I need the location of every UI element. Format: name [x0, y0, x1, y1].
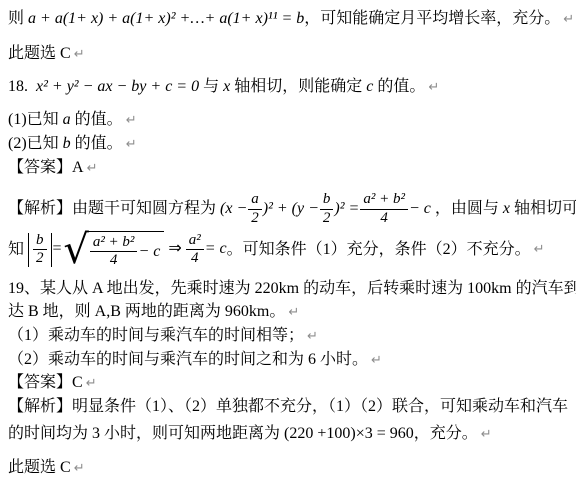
var-x: x	[223, 78, 230, 95]
var-a: a	[63, 111, 71, 128]
fraction-a2-plus-b2-over-4: a² + b²4	[360, 192, 408, 227]
analysis-text: ，由圆与	[435, 200, 499, 217]
var-c: c	[366, 78, 373, 95]
paragraph-mark-icon: ↵	[307, 329, 318, 344]
circle-standard-form: (x −a2)² + (y −b2)² =a² + b²4− c	[220, 200, 431, 217]
paragraph-mark-icon: ↵	[534, 242, 545, 257]
paragraph-mark-icon: ↵	[74, 47, 85, 62]
question-number: 18.	[8, 78, 28, 95]
analysis-text: 【解析】明显条件（1）、（2）单独都不充分，（1）（2）联合，可知乘动车和汽车	[8, 398, 568, 415]
fraction-a-over-2: a2	[248, 192, 262, 227]
condition-text: (1)已知	[8, 111, 59, 128]
line-q18-condition-2: (2)已知 b 的值。↵	[8, 133, 570, 156]
stem-text: 达 B 地，则 A,B 两地的距离为 960km。	[8, 303, 285, 320]
line-answer-c-q19: 此题选 C↵	[8, 457, 570, 477]
line-q18-condition-1: (1)已知 a 的值。↵	[8, 109, 570, 132]
line-q19-stem-1: 19、某人从 A 地出发，先乘时速为 220km 的动车，后转乘时速为 100k…	[8, 277, 570, 300]
analysis-text: 知	[8, 240, 24, 257]
line-answer-c-q17: 此题选 C↵	[8, 43, 570, 66]
line-q19-analysis-2: 的时间均为 3 小时，则可知两地距离为 (220 +100)×3 = 960，充…	[8, 420, 570, 448]
fraction-b-over-2: b2	[320, 192, 334, 227]
analysis-text: 轴相切可	[514, 200, 576, 217]
fraction-a2-over-4: a²4	[186, 233, 204, 268]
answer-text: 此题选 C	[8, 45, 71, 62]
condition-text: 的值。	[75, 135, 123, 152]
paragraph-mark-icon: ↵	[126, 137, 137, 152]
condition-text: （2）乘动车的时间与乘汽车的时间之和为 6 小时。	[8, 351, 368, 368]
condition-text: 的值。	[75, 111, 123, 128]
line-q18-stem: 18. x² + y² − ax − by + c = 0 与 x 轴相切，则能…	[8, 75, 570, 100]
fraction-a2-plus-b2-over-4: a² + b²4	[90, 235, 138, 270]
analysis-text: 。可知条件（1）充分，条件（2）不充分。	[227, 240, 531, 257]
square-root: √a² + b²4− c	[63, 231, 164, 270]
var-b: b	[63, 135, 71, 152]
line-q19-condition-1: （1）乘动车的时间与乘汽车的时间相等；↵	[8, 324, 570, 348]
paragraph-mark-icon: ↵	[86, 376, 97, 391]
answer-text: 此题选 C	[8, 459, 71, 476]
document-page: 则 a + a(1+ x) + a(1+ x)² +…+ a(1+ x)¹¹ =…	[0, 0, 576, 477]
analysis-text: 的时间均为 3 小时，则可知两地距离为	[8, 425, 280, 442]
line-q18-analysis-2: 知 b2=√a² + b²4− c⇒a²4= c。可知条件（1）充分，条件（2）…	[8, 231, 570, 270]
paragraph-mark-icon: ↵	[428, 80, 439, 95]
answer-text: 【答案】C	[8, 374, 83, 391]
paragraph-mark-icon: ↵	[74, 461, 85, 476]
condition-text: （1）乘动车的时间与乘汽车的时间相等；	[8, 327, 304, 344]
line-q19-answer: 【答案】C↵	[8, 372, 570, 395]
paragraph-mark-icon: ↵	[126, 113, 137, 128]
line-tail-text: ，可知能确定月平均增长率，充分。	[304, 10, 560, 27]
absolute-value-b-over-2: b2	[28, 233, 52, 268]
line-lead-text: 则	[8, 10, 24, 27]
distance-calculation: (220 +100)×3 = 960	[284, 425, 414, 442]
circle-equation: x² + y² − ax − by + c = 0	[36, 78, 199, 95]
line-q18-analysis-1: 【解析】由题干可知圆方程为 (x −a2)² + (y −b2)² =a² + …	[8, 192, 570, 227]
growth-series-formula: a + a(1+ x) + a(1+ x)² +…+ a(1+ x)¹¹ = b	[28, 10, 304, 27]
tangency-derivation: b2=√a² + b²4− c⇒a²4= c	[28, 240, 227, 257]
line-q19-stem-2: 达 B 地，则 A,B 两地的距离为 960km。↵	[8, 300, 570, 324]
line-growth-rate-formula: 则 a + a(1+ x) + a(1+ x)² +…+ a(1+ x)¹¹ =…	[8, 6, 570, 33]
stem-text: 轴相切，则能确定	[234, 78, 362, 95]
var-x: x	[503, 200, 510, 217]
line-q18-answer: 【答案】A↵	[8, 157, 570, 180]
analysis-text: ，充分。	[414, 425, 478, 442]
stem-text: 与	[203, 78, 219, 95]
condition-text: (2)已知	[8, 135, 59, 152]
line-q19-analysis-1: 【解析】明显条件（1）、（2）单独都不充分，（1）（2）联合，可知乘动车和汽车	[8, 395, 570, 418]
paragraph-mark-icon: ↵	[563, 12, 574, 27]
paragraph-mark-icon: ↵	[288, 305, 299, 320]
stem-text: 19、某人从 A 地出发，先乘时速为 220km 的动车，后转乘时速为 100k…	[8, 280, 576, 297]
line-q19-condition-2: （2）乘动车的时间与乘汽车的时间之和为 6 小时。↵	[8, 348, 570, 372]
paragraph-mark-icon: ↵	[371, 353, 382, 368]
answer-text: 【答案】A	[8, 159, 84, 176]
paragraph-mark-icon: ↵	[87, 161, 98, 176]
implies-arrow-icon: ⇒	[168, 238, 181, 257]
stem-text: 的值。	[377, 78, 425, 95]
analysis-text: 【解析】由题干可知圆方程为	[8, 200, 216, 217]
paragraph-mark-icon: ↵	[481, 427, 492, 442]
